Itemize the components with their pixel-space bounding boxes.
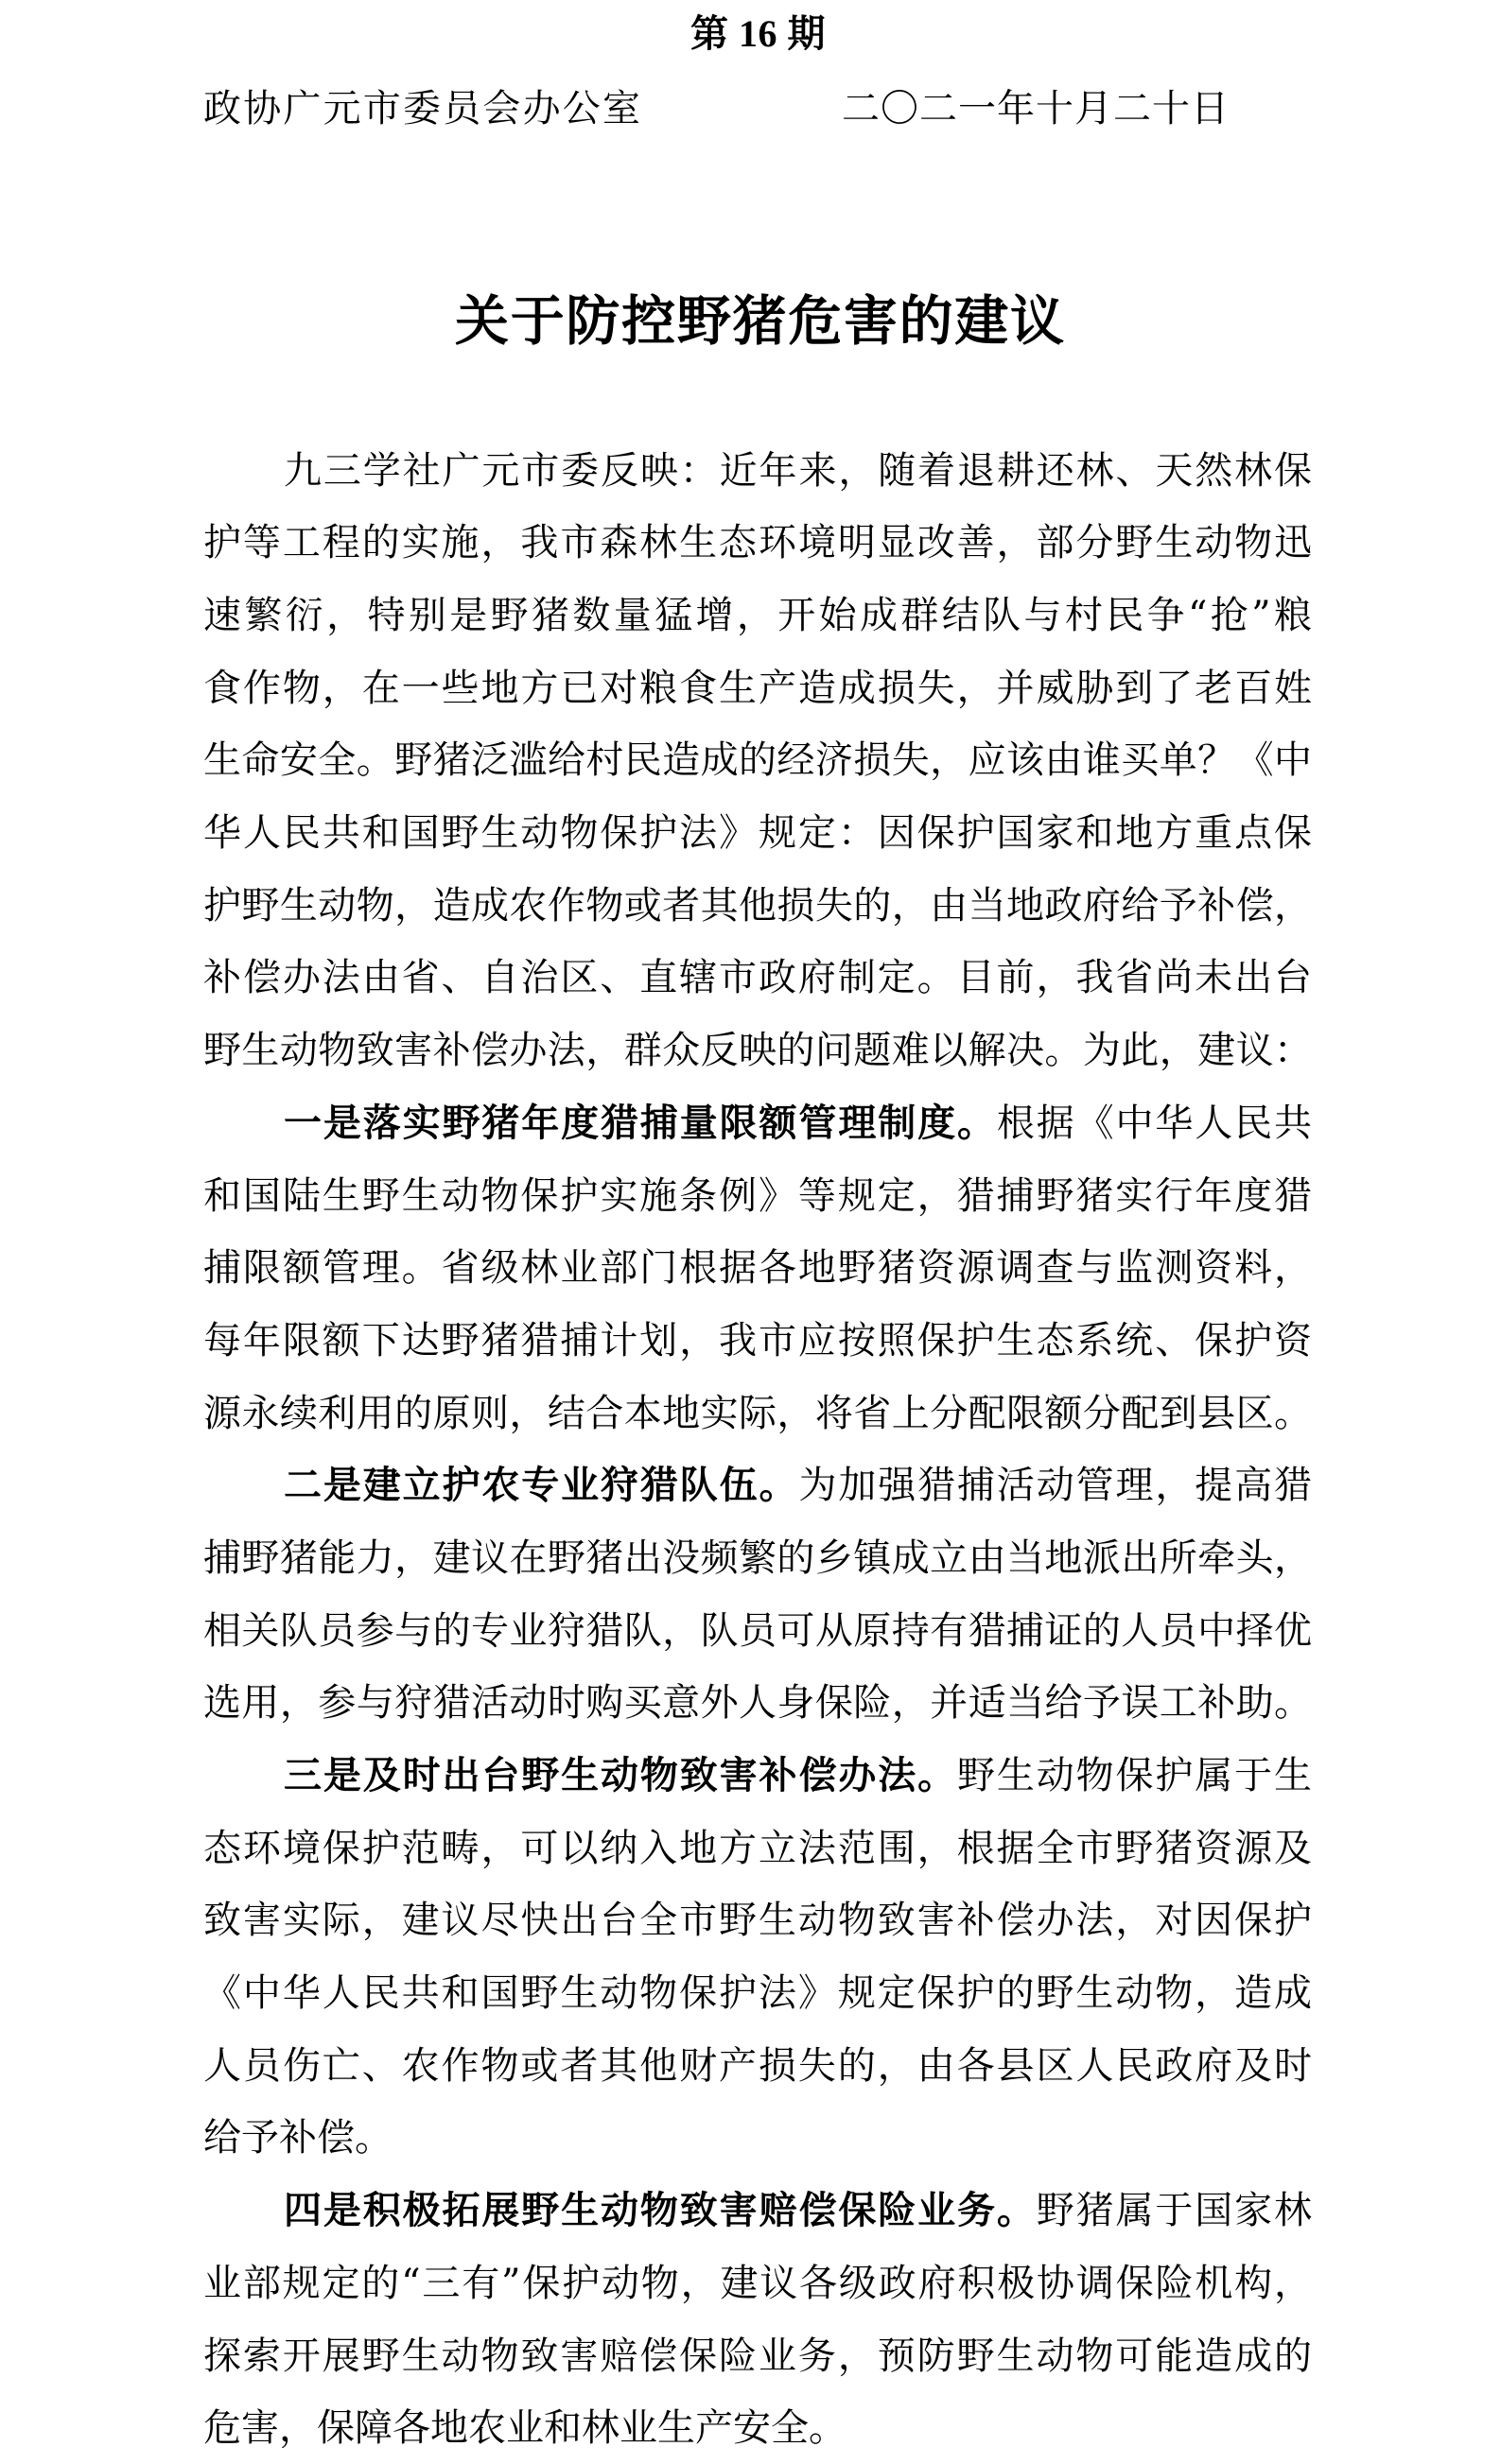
line-text: 野猪属于国家林 xyxy=(1037,2189,1312,2232)
line-text: 野生动物保护属于生 xyxy=(957,1754,1312,1797)
paragraph: 二是建立护农专业狩猎队伍。为加强猎捕活动管理，提高猎捕野猪能力，建议在野猪出没频… xyxy=(203,1449,1312,1740)
body-line: 态环境保护范畴，可以纳入地方立法范围，根据全市野猪资源及 xyxy=(203,1813,1312,1885)
paragraph: 四是积极拓展野生动物致害赔偿保险业务。野猪属于国家林业部规定的“三有”保护动物，… xyxy=(203,2175,1312,2464)
line-text: 人员伤亡、农作物或者其他财产损失的，由各县区人民政府及时 xyxy=(203,2044,1312,2088)
line-text: 捕野猪能力，建议在野猪出没频繁的乡镇成立由当地派出所牵头， xyxy=(203,1536,1312,1580)
body-line: 业部规定的“三有”保护动物，建议各级政府积极协调保险机构， xyxy=(203,2247,1312,2320)
line-text: 态环境保护范畴，可以纳入地方立法范围，根据全市野猪资源及 xyxy=(203,1827,1312,1870)
line-text: 补偿办法由省、自治区、直辖市政府制定。目前，我省尚未出台 xyxy=(203,956,1312,999)
line-text: 选用，参与狩猎活动时购买意外人身保险，并适当给予误工补助。 xyxy=(203,1681,1312,1725)
body-line: 捕限额管理。省级林业部门根据各地野猪资源调查与监测资料， xyxy=(203,1232,1312,1305)
body-line: 四是积极拓展野生动物致害赔偿保险业务。野猪属于国家林 xyxy=(203,2175,1312,2247)
line-text: 华人民共和国野生动物保护法》规定：因保护国家和地方重点保 xyxy=(203,811,1312,855)
body-line: 九三学社广元市委反映：近年来，随着退耕还林、天然林保 xyxy=(203,435,1312,508)
body-line: 二是建立护农专业狩猎队伍。为加强猎捕活动管理，提高猎 xyxy=(203,1449,1312,1522)
line-text: 捕限额管理。省级林业部门根据各地野猪资源调查与监测资料， xyxy=(203,1246,1312,1290)
body-line: 给予补偿。 xyxy=(203,2102,1312,2175)
line-text: 根据《中华人民共 xyxy=(997,1102,1312,1145)
body-line: 相关队员参与的专业狩猎队，队员可从原持有猎捕证的人员中择优 xyxy=(203,1595,1312,1668)
issuing-office: 政协广元市委员会办公室 xyxy=(203,85,642,132)
line-text: 野生动物致害补偿办法，群众反映的问题难以解决。为此，建议： xyxy=(203,1029,1312,1072)
body-line: 选用，参与狩猎活动时购买意外人身保险，并适当给予误工补助。 xyxy=(203,1667,1312,1740)
body-line: 和国陆生野生动物保护实施条例》等规定，猎捕野猪实行年度猎 xyxy=(203,1160,1312,1233)
recommendation-heading: 一是落实野猪年度猎捕量限额管理制度。 xyxy=(284,1102,997,1145)
line-text: 护野生动物，造成农作物或者其他损失的，由当地政府给予补偿， xyxy=(203,884,1312,928)
body-line: 护等工程的实施，我市森林生态环境明显改善，部分野生动物迅 xyxy=(203,507,1312,580)
body-line: 危害，保障各地农业和林业生产安全。 xyxy=(203,2392,1312,2464)
issue-number: 第 16 期 xyxy=(690,10,826,57)
body-line: 源永续利用的原则，结合本地实际，将省上分配限额分配到县区。 xyxy=(203,1378,1312,1450)
issue-date: 二〇二一年十月二十日 xyxy=(842,85,1230,132)
line-text: 和国陆生野生动物保护实施条例》等规定，猎捕野猪实行年度猎 xyxy=(203,1174,1312,1218)
body-line: 每年限额下达野猪猎捕计划，我市应按照保护生态系统、保护资 xyxy=(203,1305,1312,1378)
recommendation-heading: 四是积极拓展野生动物致害赔偿保险业务。 xyxy=(284,2189,1037,2232)
paragraph: 九三学社广元市委反映：近年来，随着退耕还林、天然林保护等工程的实施，我市森林生态… xyxy=(203,435,1312,1087)
body-line: 探索开展野生动物致害赔偿保险业务，预防野生动物可能造成的 xyxy=(203,2320,1312,2393)
body-line: 致害实际，建议尽快出台全市野生动物致害补偿办法，对因保护 xyxy=(203,1884,1312,1957)
line-text: 给予补偿。 xyxy=(203,2116,393,2160)
line-text: 致害实际，建议尽快出台全市野生动物致害补偿办法，对因保护 xyxy=(203,1899,1312,1942)
line-text: 业部规定的“三有”保护动物，建议各级政府积极协调保险机构， xyxy=(203,2262,1312,2305)
line-text: 食作物，在一些地方已对粮食生产造成损失，并威胁到了老百姓 xyxy=(203,667,1312,710)
body-line: 捕野猪能力，建议在野猪出没频繁的乡镇成立由当地派出所牵头， xyxy=(203,1522,1312,1595)
line-text: 护等工程的实施，我市森林生态环境明显改善，部分野生动物迅 xyxy=(203,521,1312,564)
document-page: 第 16 期 政协广元市委员会办公室 二〇二一年十月二十日 关于防控野猪危害的建… xyxy=(0,0,1501,2464)
body-line: 华人民共和国野生动物保护法》规定：因保护国家和地方重点保 xyxy=(203,797,1312,870)
body-line: 一是落实野猪年度猎捕量限额管理制度。根据《中华人民共 xyxy=(203,1087,1312,1160)
paragraph: 三是及时出台野生动物致害补偿办法。野生动物保护属于生态环境保护范畴，可以纳入地方… xyxy=(203,1740,1312,2175)
line-text: 每年限额下达野猪猎捕计划，我市应按照保护生态系统、保护资 xyxy=(203,1319,1312,1362)
body-line: 野生动物致害补偿办法，群众反映的问题难以解决。为此，建议： xyxy=(203,1015,1312,1087)
body-line: 生命安全。野猪泛滥给村民造成的经济损失，应该由谁买单？《中 xyxy=(203,724,1312,797)
line-text: 九三学社广元市委反映：近年来，随着退耕还林、天然林保 xyxy=(284,449,1312,493)
line-text: 相关队员参与的专业狩猎队，队员可从原持有猎捕证的人员中择优 xyxy=(203,1609,1312,1653)
line-text: 生命安全。野猪泛滥给村民造成的经济损失，应该由谁买单？《中 xyxy=(203,738,1312,782)
line-text: 为加强猎捕活动管理，提高猎 xyxy=(798,1464,1312,1507)
body-line: 《中华人民共和国野生动物保护法》规定保护的野生动物，造成 xyxy=(203,1957,1312,2030)
line-text: 源永续利用的原则，结合本地实际，将省上分配限额分配到县区。 xyxy=(203,1392,1312,1435)
body-line: 三是及时出台野生动物致害补偿办法。野生动物保护属于生 xyxy=(203,1740,1312,1813)
recommendation-heading: 二是建立护农专业狩猎队伍。 xyxy=(284,1464,798,1507)
body-text: 九三学社广元市委反映：近年来，随着退耕还林、天然林保护等工程的实施，我市森林生态… xyxy=(203,435,1312,2464)
line-text: 探索开展野生动物致害赔偿保险业务，预防野生动物可能造成的 xyxy=(203,2334,1312,2378)
paragraph: 一是落实野猪年度猎捕量限额管理制度。根据《中华人民共和国陆生野生动物保护实施条例… xyxy=(203,1087,1312,1449)
document-title: 关于防控野猪危害的建议 xyxy=(455,293,1066,350)
line-text: 速繁衍，特别是野猪数量猛增，开始成群结队与村民争“抢”粮 xyxy=(203,594,1312,637)
body-line: 护野生动物，造成农作物或者其他损失的，由当地政府给予补偿， xyxy=(203,870,1312,943)
body-line: 人员伤亡、农作物或者其他财产损失的，由各县区人民政府及时 xyxy=(203,2030,1312,2103)
recommendation-heading: 三是及时出台野生动物致害补偿办法。 xyxy=(284,1754,957,1797)
body-line: 速繁衍，特别是野猪数量猛增，开始成群结队与村民争“抢”粮 xyxy=(203,580,1312,652)
line-text: 《中华人民共和国野生动物保护法》规定保护的野生动物，造成 xyxy=(203,1971,1312,2015)
body-line: 食作物，在一些地方已对粮食生产造成损失，并威胁到了老百姓 xyxy=(203,652,1312,725)
body-line: 补偿办法由省、自治区、直辖市政府制定。目前，我省尚未出台 xyxy=(203,942,1312,1015)
line-text: 危害，保障各地农业和林业生产安全。 xyxy=(203,2406,846,2450)
